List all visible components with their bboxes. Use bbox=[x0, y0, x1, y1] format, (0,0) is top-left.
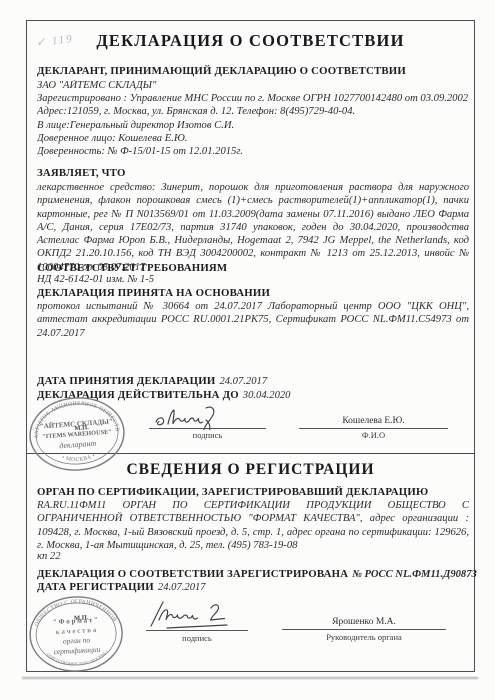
valid-until-value: 30.04.2020 bbox=[243, 390, 291, 401]
fio-caption: Ф.И.О bbox=[299, 430, 448, 440]
complies-standard: НД 42-6142-01 изм. № 1-5 bbox=[37, 274, 154, 285]
head-caption: Руководитель органа bbox=[282, 632, 446, 642]
declaration-title: ДЕКЛАРАЦИЯ О СООТВЕТСТВИИ bbox=[26, 31, 475, 51]
declarant-trustee: Доверенное лицо: Кошелева Е.Ю. bbox=[37, 133, 469, 146]
signature-caption: подпись bbox=[146, 633, 248, 643]
declarant-registration: Зарегистрировано : Управление МНС России… bbox=[37, 93, 469, 106]
registration-title: СВЕДЕНИЯ О РЕГИСТРАЦИИ bbox=[26, 461, 475, 479]
stamp-company-en: "ITEMS WAREHOUSE" bbox=[42, 429, 112, 441]
stamp-brand-line1: " Ф о р м а т " bbox=[53, 616, 99, 626]
certification-body-stamp: М.П. ОБЩЕСТВО С ОГРАНИЧЕННОЙ ОТВЕТСТВЕНН… bbox=[24, 589, 128, 674]
head-signature bbox=[147, 598, 252, 630]
basis-protocol: протокол испытаний № 30664 от 24.07.2017… bbox=[37, 300, 469, 340]
declarant-director: В лице:Генеральный директор Изотов С.И. bbox=[37, 120, 469, 133]
stamp-role-line1: орган по bbox=[63, 635, 91, 645]
declarant-address: Адрес:121059, г. Москва, ул. Брянская д.… bbox=[37, 106, 469, 119]
registered-number: № РОСС NL.ФМ11.Д90873 bbox=[352, 569, 477, 580]
complies-heading: СООТВЕТСТВУЕТ ТРЕБОВАНИЯМ bbox=[37, 262, 227, 274]
stamp-brand-line2: к а ч е с т в а bbox=[55, 626, 97, 636]
declarant-power-of-attorney: Доверенность: № Ф-15/01-15 от 12.01.2015… bbox=[37, 146, 469, 159]
stamp-role: декларант bbox=[59, 439, 97, 451]
head-line bbox=[282, 629, 446, 630]
states-heading: ЗАЯВЛЯЕТ, ЧТО bbox=[37, 167, 126, 179]
product-description: лекарственное средство: Зинерит, порошок… bbox=[37, 181, 469, 274]
scan-artifact-line bbox=[22, 677, 478, 679]
signature-caption: подпись bbox=[149, 430, 266, 440]
declarant-signature bbox=[150, 404, 265, 430]
fio-line bbox=[299, 428, 448, 429]
signature-line bbox=[149, 428, 266, 429]
authority-details: RA.RU.11ФМ11 ОРГАН ПО СЕРТИФИКАЦИИ ПРОДУ… bbox=[37, 499, 469, 552]
authority-extra: кп 22 bbox=[37, 551, 61, 562]
declarant-fio: Кошелева Е.Ю. bbox=[300, 416, 447, 426]
stamp-role-line2: сертификации bbox=[53, 645, 100, 656]
declarant-company: ЗАО "АЙТЕМС СКЛАДЫ" bbox=[37, 80, 469, 93]
signature-line bbox=[146, 630, 248, 631]
basis-heading: ДЕКЛАРАЦИЯ ПРИНЯТА НА ОСНОВАНИИ bbox=[37, 287, 270, 299]
reg-date-value: 24.07.2017 bbox=[158, 582, 206, 593]
declarant-details: ЗАО "АЙТЕМС СКЛАДЫ" Зарегистрировано : У… bbox=[37, 80, 469, 159]
authority-heading: ОРГАН ПО СЕРТИФИКАЦИИ, ЗАРЕГИСТРИРОВАВШИ… bbox=[37, 486, 428, 498]
declarant-heading: ДЕКЛАРАНТ, ПРИНИМАЮЩИЙ ДЕКЛАРАЦИЮ О СООТ… bbox=[37, 65, 406, 77]
head-fio: Ярошенко М.А. bbox=[283, 617, 445, 627]
